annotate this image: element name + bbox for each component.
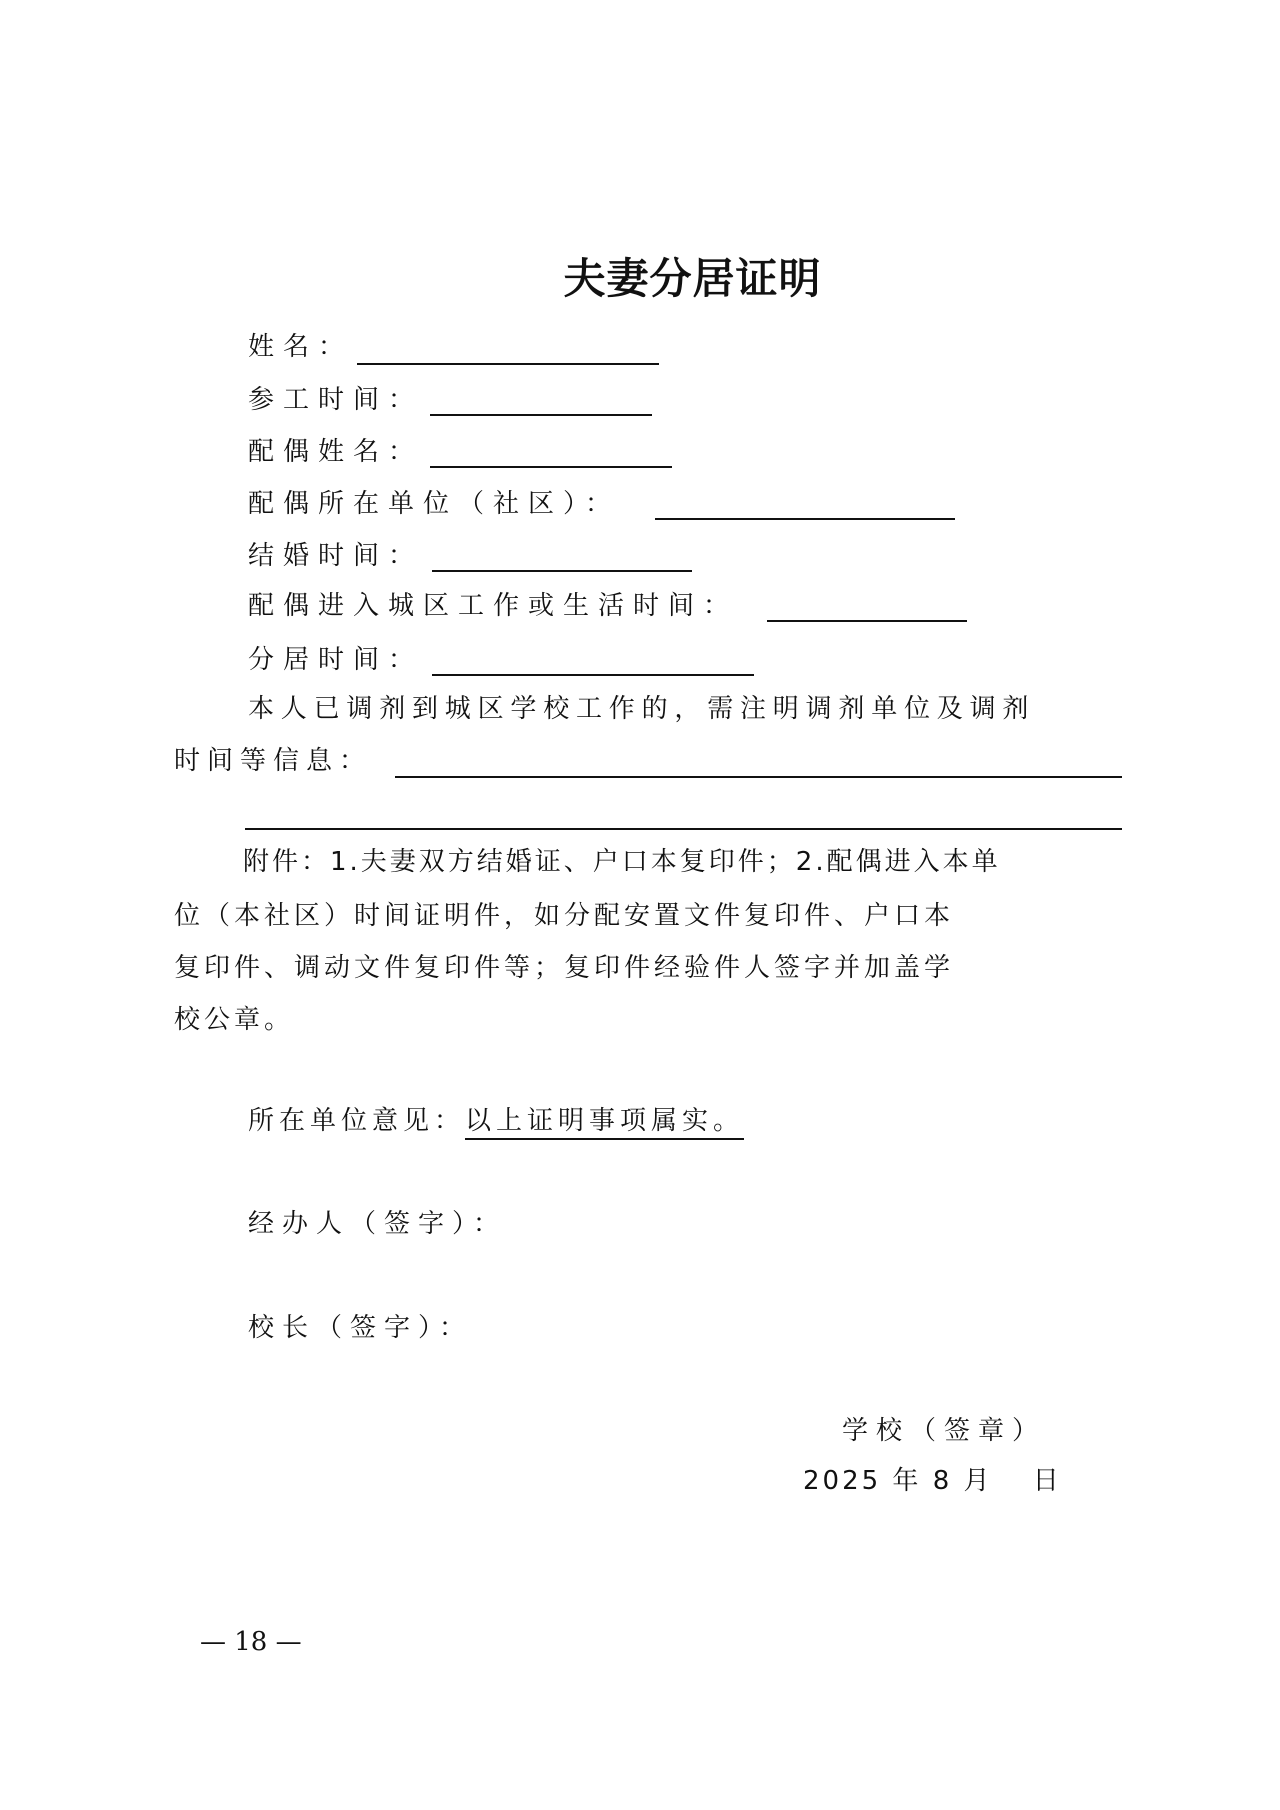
attachments-line1: 附件：1.夫妻双方结婚证、户口本复印件；2.配偶进入本单 <box>243 845 1001 879</box>
attachments-line2: 位（本社区）时间证明件，如分配安置文件复印件、户口本 <box>174 899 954 933</box>
transfer-note-line1: 本人已调剂到城区学校工作的，需注明调剂单位及调剂 <box>248 692 1035 726</box>
transfer-info-input-2[interactable] <box>245 828 1122 830</box>
attachments-line4: 校公章。 <box>174 1003 294 1037</box>
page-number: — 18 — <box>200 1627 302 1657</box>
transfer-info-input-1[interactable] <box>395 776 1122 778</box>
handler-signature-label: 经办人（签字）： <box>248 1207 507 1241</box>
document-title: 夫妻分居证明 <box>0 246 1280 306</box>
field-input-name[interactable] <box>357 363 659 365</box>
unit-opinion-label: 所在单位意见： <box>248 1106 465 1136</box>
field-label-spouse-entry-date: 配偶进入城区工作或生活时间： <box>248 589 738 623</box>
field-input-separation-date[interactable] <box>432 674 754 676</box>
attachments-line3: 复印件、调动文件复印件等；复印件经验件人签字并加盖学 <box>174 951 954 985</box>
unit-opinion-value[interactable]: 以上证明事项属实。 <box>465 1106 744 1140</box>
field-label-marriage-date: 结婚时间： <box>248 539 423 573</box>
field-label-separation-date: 分居时间： <box>248 643 423 677</box>
school-stamp-label: 学校（签章） <box>842 1414 1046 1448</box>
transfer-note-line2: 时间等信息： <box>174 744 372 778</box>
field-label-spouse-unit: 配偶所在单位（社区）： <box>248 487 620 521</box>
field-input-spouse-unit[interactable] <box>655 518 955 520</box>
field-input-work-start[interactable] <box>430 414 652 416</box>
field-label-spouse-name: 配偶姓名： <box>248 435 423 469</box>
field-input-spouse-entry-date[interactable] <box>767 620 967 622</box>
signature-date: 2025 年 8 月 日 <box>803 1464 1062 1498</box>
field-label-name: 姓名： <box>248 330 353 364</box>
field-label-work-start: 参工时间： <box>248 383 423 417</box>
principal-signature-label: 校长（签字）： <box>248 1311 473 1345</box>
unit-opinion: 所在单位意见：以上证明事项属实。 <box>248 1104 744 1138</box>
field-input-marriage-date[interactable] <box>432 570 692 572</box>
field-input-spouse-name[interactable] <box>430 466 672 468</box>
